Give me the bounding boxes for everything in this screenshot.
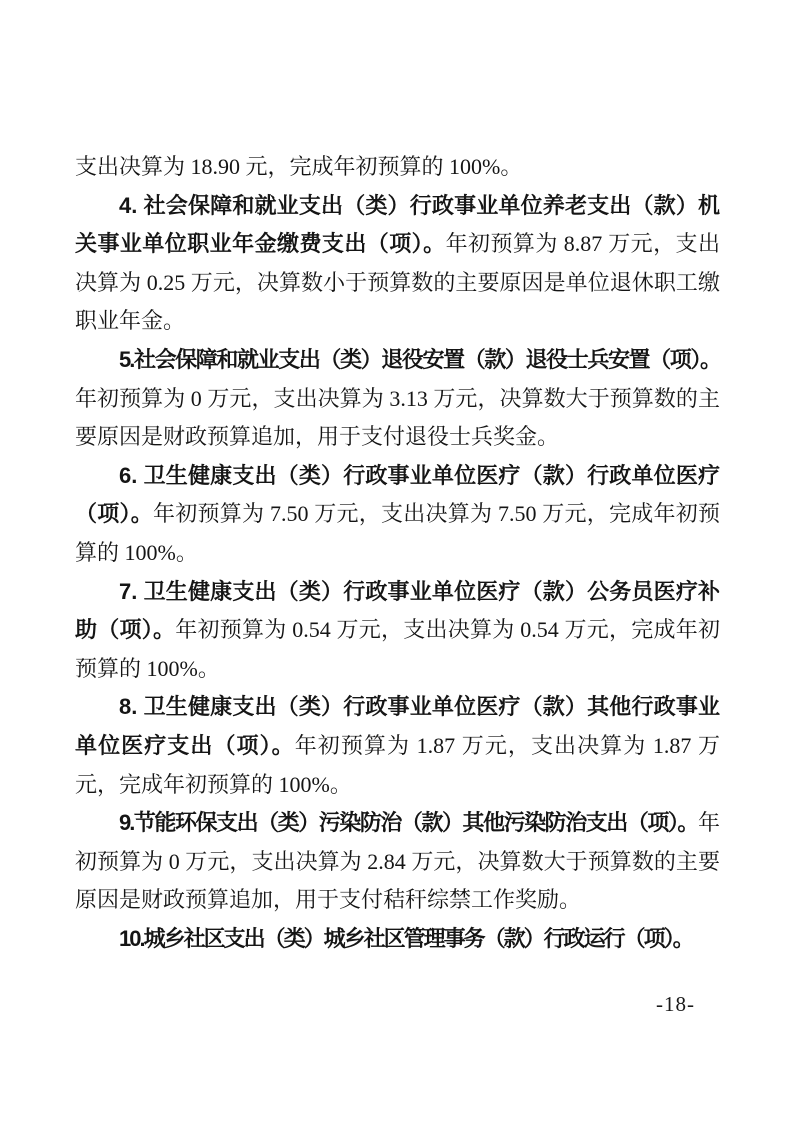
item-9-heading: 9.节能环保支出（类）污染防治（款）其他污染防治支出（项）。 [119, 810, 698, 835]
paragraph-item-9: 9.节能环保支出（类）污染防治（款）其他污染防治支出（项）。年初预算为 0 万元… [75, 804, 720, 920]
item-5-heading: 5.社会保障和就业支出（类）退役安置（款）退役士兵安置（项）。 [119, 347, 720, 372]
document-page: 支出决算为 18.90 元，完成年初预算的 100%。 4. 社会保障和就业支出… [0, 0, 793, 1122]
paragraph-item-4: 4. 社会保障和就业支出（类）行政事业单位养老支出（款）机关事业单位职业年金缴费… [75, 187, 720, 341]
continuation-text: 支出决算为 18.90 元，完成年初预算的 100%。 [75, 154, 522, 179]
paragraph-continuation: 支出决算为 18.90 元，完成年初预算的 100%。 [75, 148, 720, 187]
paragraph-item-7: 7. 卫生健康支出（类）行政事业单位医疗（款）公务员医疗补助（项）。年初预算为 … [75, 573, 720, 689]
item-10-heading: 10.城乡社区支出（类）城乡社区管理事务（款）行政运行（项）。 [119, 926, 693, 951]
page-number: -18- [656, 992, 695, 1017]
document-body: 支出决算为 18.90 元，完成年初预算的 100%。 4. 社会保障和就业支出… [75, 148, 720, 958]
paragraph-item-6: 6. 卫生健康支出（类）行政事业单位医疗（款）行政单位医疗（项）。年初预算为 7… [75, 457, 720, 573]
paragraph-item-8: 8. 卫生健康支出（类）行政事业单位医疗（款）其他行政事业单位医疗支出（项）。年… [75, 688, 720, 804]
paragraph-item-10: 10.城乡社区支出（类）城乡社区管理事务（款）行政运行（项）。 [75, 920, 720, 959]
item-6-body: 年初预算为 7.50 万元，支出决算为 7.50 万元，完成年初预算的 100%… [75, 501, 720, 565]
item-5-body: 年初预算为 0 万元，支出决算为 3.13 万元，决算数大于预算数的主要原因是财… [75, 386, 720, 450]
paragraph-item-5: 5.社会保障和就业支出（类）退役安置（款）退役士兵安置（项）。年初预算为 0 万… [75, 341, 720, 457]
